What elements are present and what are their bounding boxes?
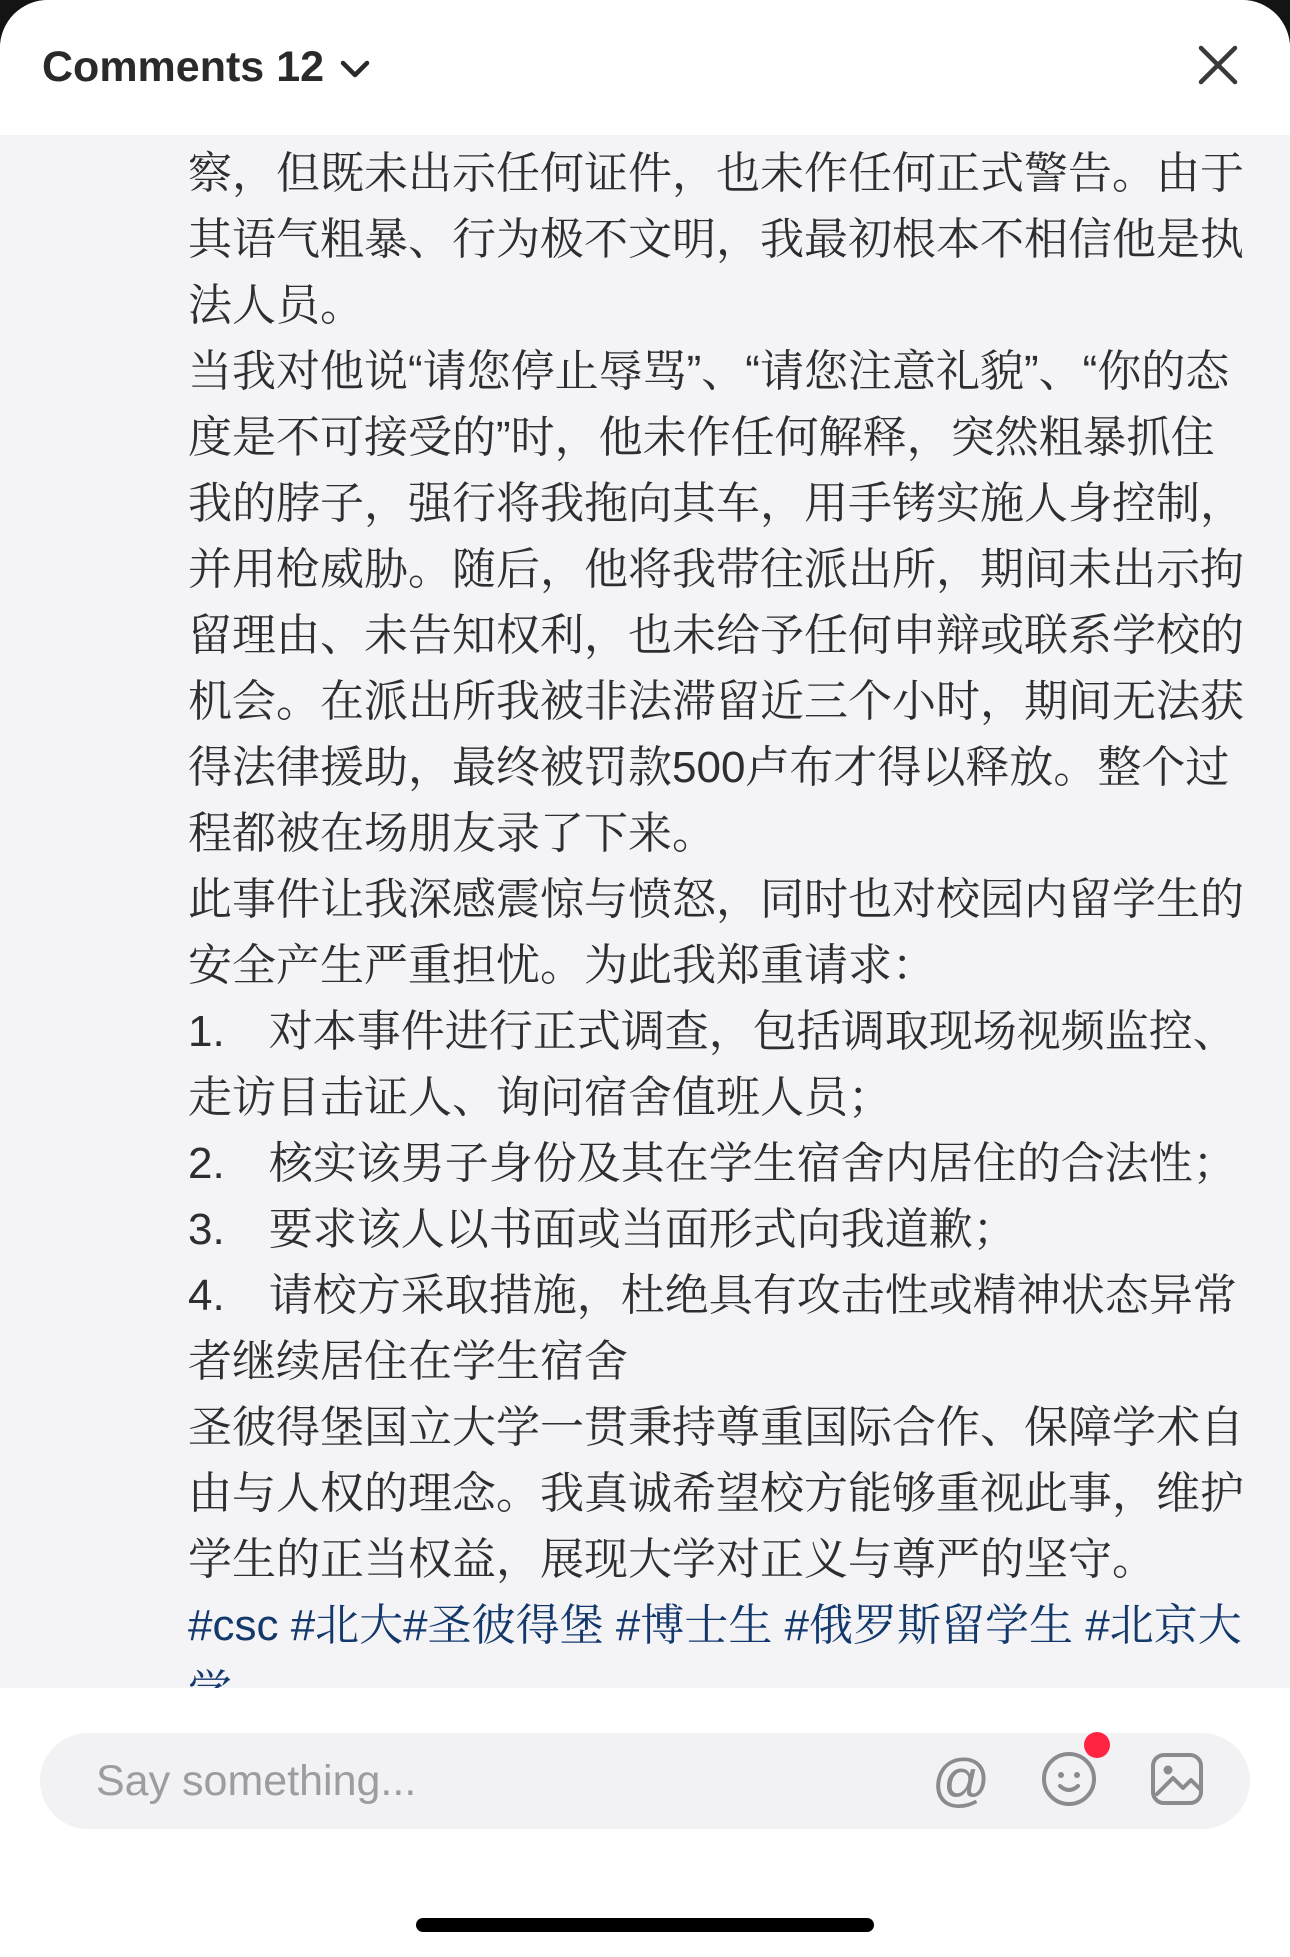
- composer-icons: @: [932, 1752, 1206, 1810]
- at-icon: @: [932, 1752, 991, 1810]
- text-line: 走访目击证人、询问宿舍值班人员；: [188, 1065, 1254, 1131]
- text-line: 并用枪威胁。随后，他将我带往派出所，期间未出示拘: [188, 537, 1254, 603]
- home-indicator: [416, 1918, 874, 1932]
- text-line: 当我对他说“请您停止辱骂”、“请您注意礼貌”、“你的态: [188, 339, 1254, 405]
- text-line[interactable]: 学: [188, 1659, 1254, 1688]
- text-line: 度是不可接受的”时，他未作任何解释，突然粗暴抓住: [188, 405, 1254, 471]
- text-line: 法人员。: [188, 273, 1254, 339]
- text-line: 学生的正当权益，展现大学对正义与尊严的坚守。: [188, 1527, 1254, 1593]
- text-line: 2. 核实该男子身份及其在学生宿舍内居住的合法性；: [188, 1131, 1254, 1197]
- post-text-scroll-area[interactable]: 察，但既未出示任何证件，也未作任何正式警告。由于其语气粗暴、行为极不文明，我最初…: [0, 135, 1290, 1688]
- chevron-down-icon[interactable]: [338, 59, 372, 86]
- text-line: 察，但既未出示任何证件，也未作任何正式警告。由于: [188, 141, 1254, 207]
- text-line: 者继续居住在学生宿舍: [188, 1329, 1254, 1395]
- text-line: 此事件让我深感震惊与愤怒，同时也对校园内留学生的: [188, 867, 1254, 933]
- text-line: 我的脖子，强行将我拖向其车，用手铐实施人身控制，: [188, 471, 1254, 537]
- comments-title: Comments: [42, 43, 264, 92]
- text-line: 安全产生严重担忧。为此我郑重请求：: [188, 933, 1254, 999]
- image-icon: [1148, 1750, 1206, 1813]
- text-line: 留理由、未告知权利，也未给予任何申辩或联系学校的: [188, 603, 1254, 669]
- text-line: 其语气粗暴、行为极不文明，我最初根本不相信他是执: [188, 207, 1254, 273]
- text-line: 圣彼得堡国立大学一贯秉持尊重国际合作、保障学术自: [188, 1395, 1254, 1461]
- text-line: 机会。在派出所我被非法滞留近三个小时，期间无法获: [188, 669, 1254, 735]
- image-button[interactable]: [1148, 1752, 1206, 1810]
- emoji-icon: [1040, 1750, 1098, 1813]
- comments-title-row[interactable]: Comments 12: [42, 43, 372, 92]
- comments-sheet: Comments 12 察，但既未出示任何证件，也未作任何正式警告。由于其语气粗…: [0, 0, 1290, 1957]
- text-line: 1. 对本事件进行正式调查，包括调取现场视频监控、: [188, 999, 1254, 1065]
- text-line: 4. 请校方采取措施，杜绝具有攻击性或精神状态异常: [188, 1263, 1254, 1329]
- text-line: 程都被在场朋友录了下来。: [188, 801, 1254, 867]
- close-button[interactable]: [1188, 38, 1248, 98]
- comment-input[interactable]: Say something... @: [40, 1733, 1250, 1829]
- comments-header: Comments 12: [0, 0, 1290, 135]
- comments-count: 12: [276, 43, 324, 92]
- text-line: 由与人权的理念。我真诚希望校方能够重视此事，维护: [188, 1461, 1254, 1527]
- text-line[interactable]: #csc #北大#圣彼得堡 #博士生 #俄罗斯留学生 #北京大: [188, 1593, 1254, 1659]
- text-line: 3. 要求该人以书面或当面形式向我道歉；: [188, 1197, 1254, 1263]
- close-icon: [1195, 42, 1241, 93]
- notification-badge: [1084, 1732, 1110, 1758]
- text-line: 得法律援助，最终被罚款500卢布才得以释放。整个过: [188, 735, 1254, 801]
- mention-button[interactable]: @: [932, 1752, 990, 1810]
- emoji-button[interactable]: [1040, 1752, 1098, 1810]
- comment-input-placeholder: Say something...: [96, 1757, 416, 1806]
